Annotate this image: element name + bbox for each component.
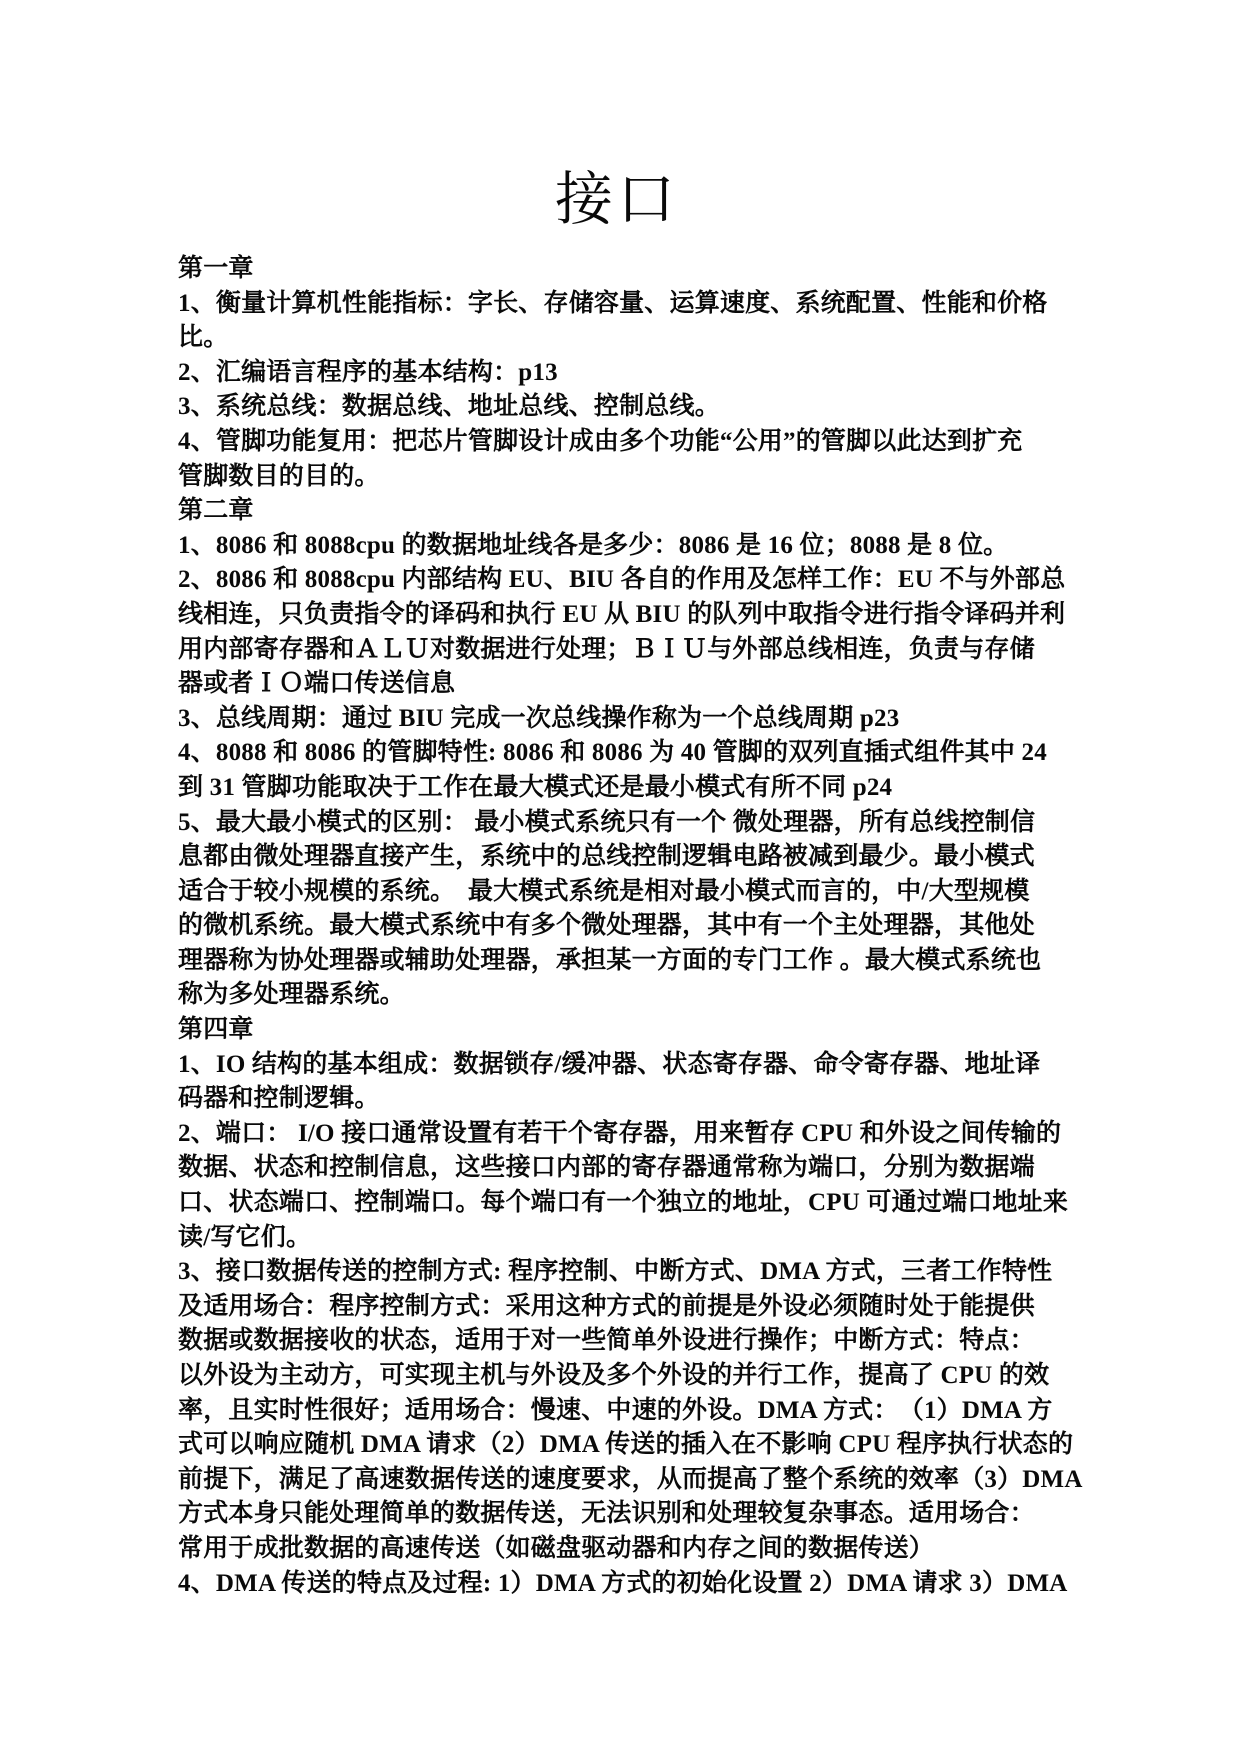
text-line: 方式本身只能处理简单的数据传送，无法识别和处理较复杂事态。适用场合： [178, 1497, 1056, 1532]
text-line: 息都由微处理器直接产生，系统中的总线控制逻辑电路被减到最少。最小模式 [178, 840, 1056, 875]
text-line: 器或者ＩＯ端口传送信息 [178, 667, 1056, 702]
text-line: 第二章 [178, 494, 1056, 529]
text-line: 的微机系统。最大模式系统中有多个微处理器，其中有一个主处理器，其他处 [178, 909, 1056, 944]
text-line: 1、8086 和 8088cpu 的数据地址线各是多少：8086 是 16 位；… [178, 529, 1056, 564]
text-line: 到 31 管脚功能取决于工作在最大模式还是最小模式有所不同 p24 [178, 771, 1056, 806]
text-line: 3、系统总线：数据总线、地址总线、控制总线。 [178, 390, 1056, 425]
text-line: 2、端口： I/O 接口通常设置有若干个寄存器，用来暂存 CPU 和外设之间传输… [178, 1117, 1056, 1152]
text-line: 4、8088 和 8086 的管脚特性: 8086 和 8086 为 40 管脚… [178, 736, 1056, 771]
document-body: 第一章1、衡量计算机性能指标：字长、存储容量、运算速度、系统配置、性能和价格比。… [178, 252, 1056, 1601]
document-content: 接口 第一章1、衡量计算机性能指标：字长、存储容量、运算速度、系统配置、性能和价… [178, 165, 1056, 1601]
text-line: 4、DMA 传送的特点及过程: 1）DMA 方式的初始化设置 2）DMA 请求 … [178, 1567, 1056, 1602]
document-page: 接口 第一章1、衡量计算机性能指标：字长、存储容量、运算速度、系统配置、性能和价… [0, 0, 1241, 1754]
text-line: 以外设为主动方，可实现主机与外设及多个外设的并行工作，提高了 CPU 的效 [178, 1359, 1056, 1394]
text-line: 第一章 [178, 252, 1056, 287]
text-line: 1、IO 结构的基本组成：数据锁存/缓冲器、状态寄存器、命令寄存器、地址译 [178, 1048, 1056, 1083]
text-line: 线相连，只负责指令的译码和执行 EU 从 BIU 的队列中取指令进行指令译码并利 [178, 598, 1056, 633]
text-line: 用内部寄存器和ＡＬＵ对数据进行处理；ＢＩＵ与外部总线相连，负责与存储 [178, 633, 1056, 668]
text-line: 码器和控制逻辑。 [178, 1082, 1056, 1117]
text-line: 常用于成批数据的高速传送（如磁盘驱动器和内存之间的数据传送） [178, 1532, 1056, 1567]
text-line: 比。 [178, 321, 1056, 356]
text-line: 适合于较小规模的系统。 最大模式系统是相对最小模式而言的，中/大型规模 [178, 875, 1056, 910]
text-line: 第四章 [178, 1013, 1056, 1048]
text-line: 及适用场合：程序控制方式：采用这种方式的前提是外设必须随时处于能提供 [178, 1290, 1056, 1325]
text-line: 2、8086 和 8088cpu 内部结构 EU、BIU 各自的作用及怎样工作：… [178, 563, 1056, 598]
text-line: 2、汇编语言程序的基本结构：p13 [178, 356, 1056, 391]
text-line: 式可以响应随机 DMA 请求（2）DMA 传送的插入在不影响 CPU 程序执行状… [178, 1428, 1056, 1463]
text-line: 称为多处理器系统。 [178, 978, 1056, 1013]
text-line: 口、状态端口、控制端口。每个端口有一个独立的地址，CPU 可通过端口地址来 [178, 1186, 1056, 1221]
text-line: 管脚数目的目的。 [178, 460, 1056, 495]
text-line: 3、接口数据传送的控制方式: 程序控制、中断方式、DMA 方式，三者工作特性 [178, 1255, 1056, 1290]
document-title: 接口 [178, 165, 1056, 235]
text-line: 数据、状态和控制信息，这些接口内部的寄存器通常称为端口，分别为数据端 [178, 1151, 1056, 1186]
text-line: 前提下，满足了高速数据传送的速度要求，从而提高了整个系统的效率（3）DMA [178, 1463, 1056, 1498]
text-line: 5、最大最小模式的区别： 最小模式系统只有一个 微处理器，所有总线控制信 [178, 806, 1056, 841]
text-line: 3、总线周期：通过 BIU 完成一次总线操作称为一个总线周期 p23 [178, 702, 1056, 737]
text-line: 数据或数据接收的状态，适用于对一些简单外设进行操作；中断方式：特点： [178, 1324, 1056, 1359]
text-line: 理器称为协处理器或辅助处理器，承担某一方面的专门工作 。最大模式系统也 [178, 944, 1056, 979]
text-line: 读/写它们。 [178, 1221, 1056, 1256]
text-line: 1、衡量计算机性能指标：字长、存储容量、运算速度、系统配置、性能和价格 [178, 287, 1056, 322]
text-line: 率，且实时性很好；适用场合：慢速、中速的外设。DMA 方式： （1）DMA 方 [178, 1394, 1056, 1429]
text-line: 4、管脚功能复用：把芯片管脚设计成由多个功能“公用”的管脚以此达到扩充 [178, 425, 1056, 460]
